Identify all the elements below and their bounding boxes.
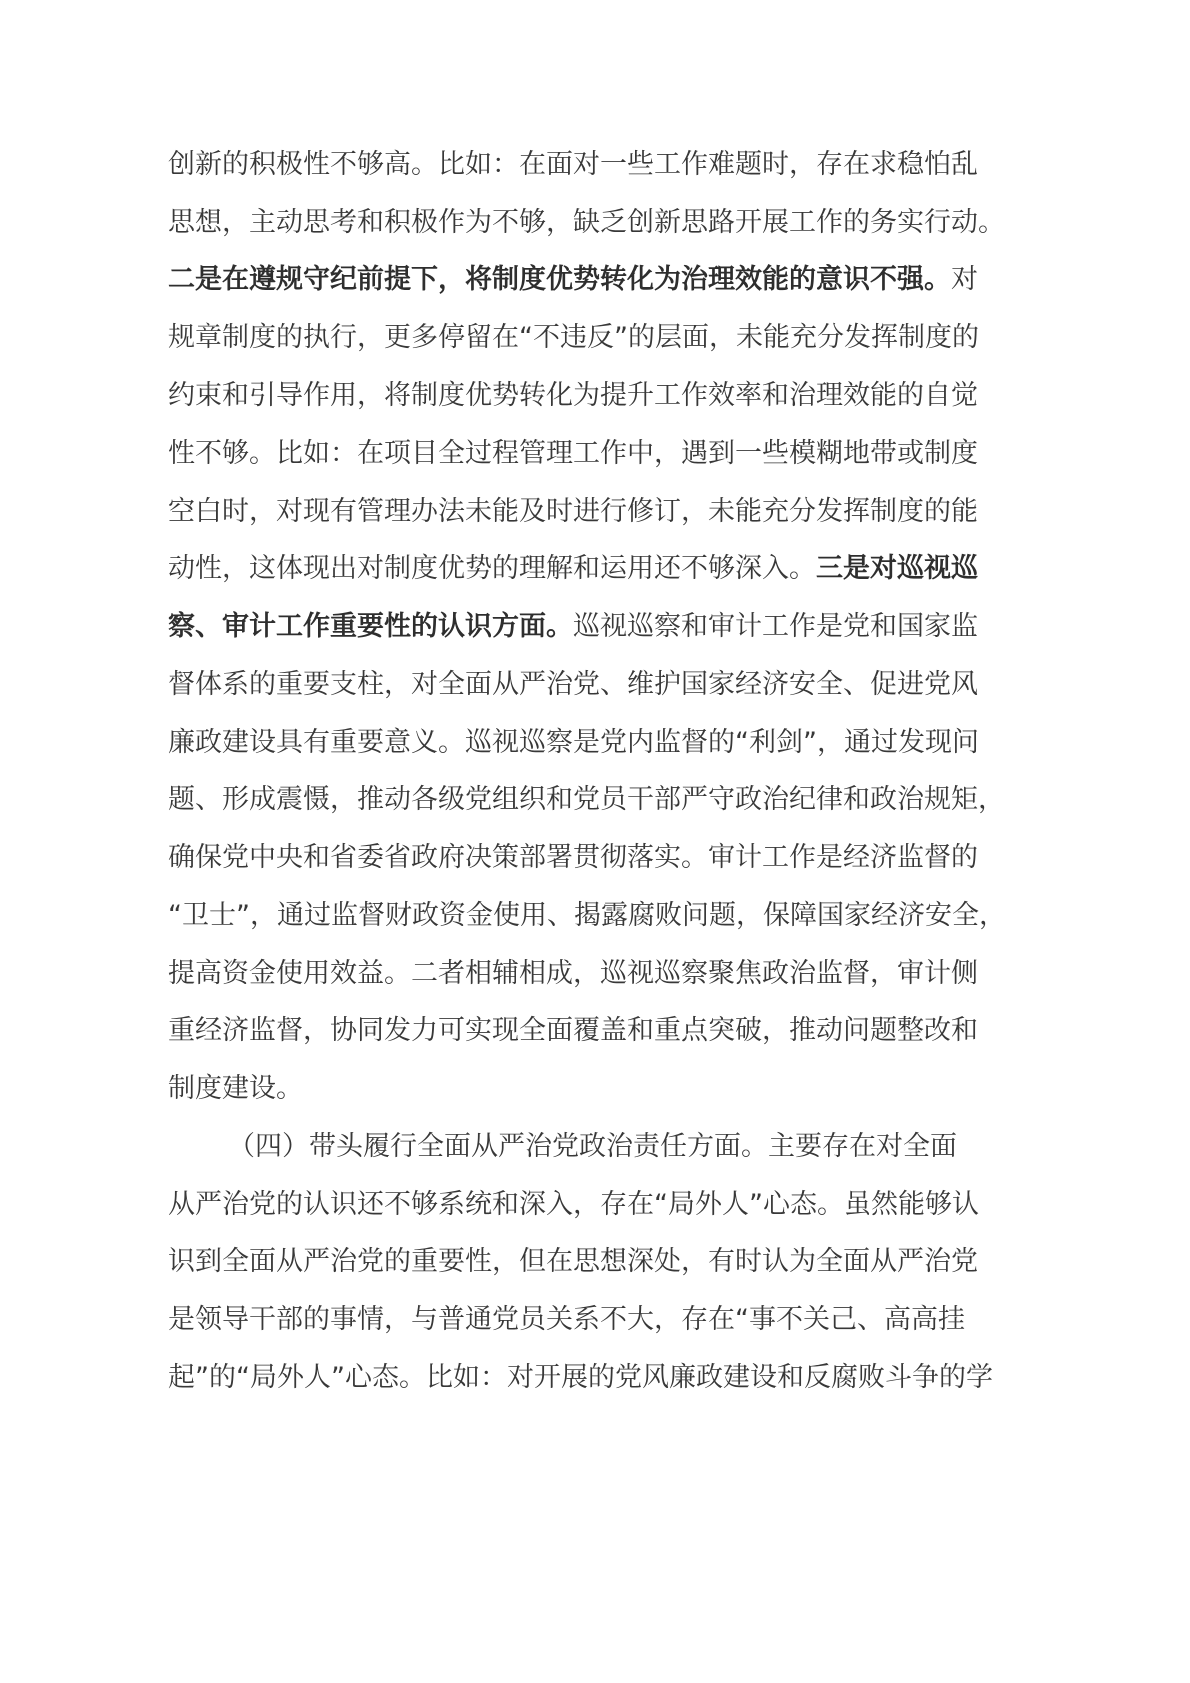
text-segment: 提高资金使用效益。二者相辅相成，巡视巡察聚焦政治监督，审计侧 [168,958,978,989]
text-line: 制度建设。 [168,1060,944,1118]
text-line: 廉政建设具有重要意义。巡视巡察是党内监督的“利剑”，通过发现问 [168,714,944,772]
text-line: 起”的“局外人”心态。比如：对开展的党风廉政建设和反腐败斗争的学 [168,1349,944,1407]
text-line: 确保党中央和省委省政府决策部署贯彻落实。审计工作是经济监督的 [168,829,944,887]
text-segment: 识到全面从严治党的重要性，但在思想深处，有时认为全面从严治党 [168,1246,978,1277]
text-segment: 确保党中央和省委省政府决策部署贯彻落实。审计工作是经济监督的 [168,842,978,873]
text-segment: 动性，这体现出对制度优势的理解和运用还不够深入。 [168,553,816,584]
section-heading-line: （四）带头履行全面从严治党政治责任方面。主要存在对全面 [228,1118,944,1176]
text-segment: 巡视巡察和审计工作是党和国家监 [573,611,978,642]
text-line: 察、审计工作重要性的认识方面。巡视巡察和审计工作是党和国家监 [168,598,944,656]
text-line: 从严治党的认识还不够系统和深入，存在“局外人”心态。虽然能够认 [168,1176,944,1234]
text-line: 创新的积极性不够高。比如：在面对一些工作难题时，存在求稳怕乱 [168,136,944,194]
text-segment: 创新的积极性不够高。比如：在面对一些工作难题时，存在求稳怕乱 [168,149,978,180]
text-segment: 约束和引导作用，将制度优势转化为提升工作效率和治理效能的自觉 [168,380,978,411]
text-line: 提高资金使用效益。二者相辅相成，巡视巡察聚焦政治监督，审计侧 [168,945,944,1003]
text-line: 识到全面从严治党的重要性，但在思想深处，有时认为全面从严治党 [168,1233,944,1291]
text-segment: 重经济监督，协同发力可实现全面覆盖和重点突破，推动问题整改和 [168,1015,978,1046]
text-segment: 空白时，对现有管理办法未能及时进行修订，未能充分发挥制度的能 [168,496,978,527]
text-segment: 督体系的重要支柱，对全面从严治党、维护国家经济安全、促进党风 [168,669,978,700]
text-line: 重经济监督，协同发力可实现全面覆盖和重点突破，推动问题整改和 [168,1002,944,1060]
bold-heading-segment: 察、审计工作重要性的认识方面。 [168,611,573,642]
text-segment: （四）带头履行全面从严治党政治责任方面。主要存在对全面 [228,1131,957,1162]
text-line: 思想，主动思考和积极作为不够，缺乏创新思路开展工作的务实行动。 [168,194,944,252]
bold-heading-segment: 二是在遵规守纪前提下，将制度优势转化为治理效能的意识不强。 [168,264,951,295]
text-line: 动性，这体现出对制度优势的理解和运用还不够深入。三是对巡视巡 [168,540,944,598]
text-segment: 规章制度的执行，更多停留在“不违反”的层面，未能充分发挥制度的 [168,322,979,353]
text-line: “卫士”，通过监督财政资金使用、揭露腐败问题，保障国家经济安全， [168,887,944,945]
text-line: 题、形成震慑，推动各级党组织和党员干部严守政治纪律和政治规矩， [168,771,944,829]
text-segment: “卫士”，通过监督财政资金使用、揭露腐败问题，保障国家经济安全， [168,900,1006,931]
text-line: 约束和引导作用，将制度优势转化为提升工作效率和治理效能的自觉 [168,367,944,425]
text-line: 督体系的重要支柱，对全面从严治党、维护国家经济安全、促进党风 [168,656,944,714]
text-segment: 从严治党的认识还不够系统和深入，存在“局外人”心态。虽然能够认 [168,1189,979,1220]
text-line: 是领导干部的事情，与普通党员关系不大，存在“事不关己、高高挂 [168,1291,944,1349]
text-segment: 题、形成震慑，推动各级党组织和党员干部严守政治纪律和政治规矩， [168,784,1005,815]
text-line: 规章制度的执行，更多停留在“不违反”的层面，未能充分发挥制度的 [168,309,944,367]
text-line: 二是在遵规守纪前提下，将制度优势转化为治理效能的意识不强。对 [168,251,944,309]
text-segment: 思想，主动思考和积极作为不够，缺乏创新思路开展工作的务实行动。 [168,207,1005,238]
text-segment: 是领导干部的事情，与普通党员关系不大，存在“事不关己、高高挂 [168,1304,965,1335]
text-segment: 起”的“局外人”心态。比如：对开展的党风廉政建设和反腐败斗争的学 [168,1362,993,1393]
text-segment: 对 [951,264,978,295]
document-page: 创新的积极性不够高。比如：在面对一些工作难题时，存在求稳怕乱 思想，主动思考和积… [0,0,1190,1683]
text-segment: 性不够。比如：在项目全过程管理工作中，遇到一些模糊地带或制度 [168,438,978,469]
text-segment: 制度建设。 [168,1073,303,1104]
bold-heading-segment: 三是对巡视巡 [816,553,978,584]
text-line: 空白时，对现有管理办法未能及时进行修订，未能充分发挥制度的能 [168,483,944,541]
text-line: 性不够。比如：在项目全过程管理工作中，遇到一些模糊地带或制度 [168,425,944,483]
text-segment: 廉政建设具有重要意义。巡视巡察是党内监督的“利剑”，通过发现问 [168,727,979,758]
